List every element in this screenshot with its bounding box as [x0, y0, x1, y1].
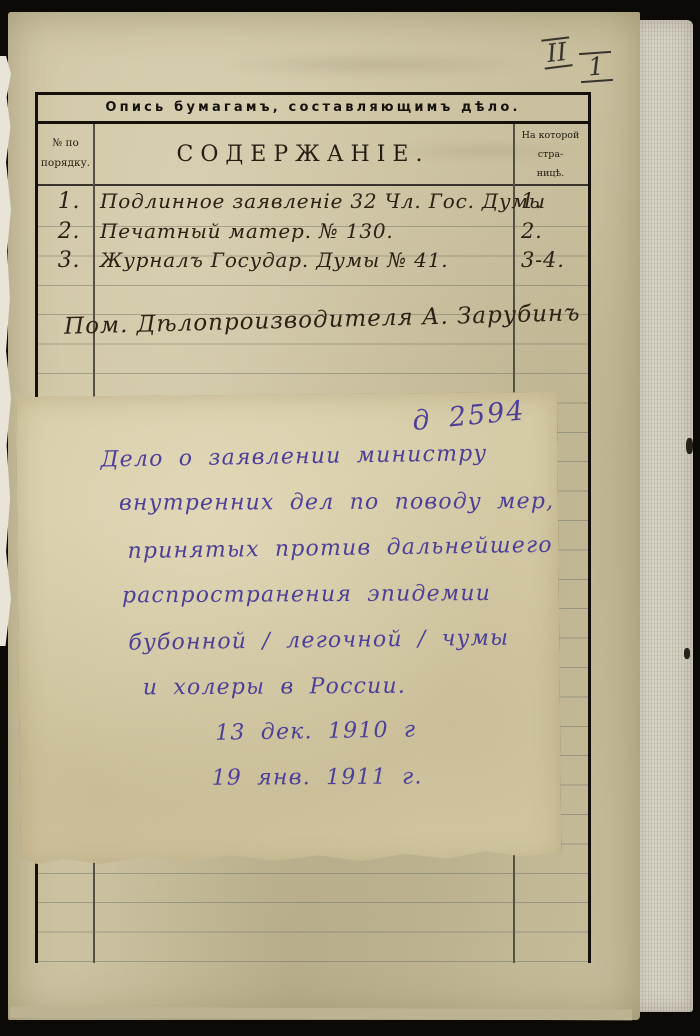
case-number: д 2594: [411, 395, 527, 437]
case-title-line: бубонной / легочной / чумы: [128, 626, 509, 656]
entry-number: 2.: [50, 219, 88, 244]
binding-cloth: [633, 20, 693, 1012]
entry-content: Подлинное заявленіе 32 Чл. Гос. Думы: [100, 189, 512, 213]
entry-content: Журналъ Государ. Думы № 41.: [100, 248, 512, 272]
opis-table-header: № по порядку. СОДЕРЖАНІЕ. На которой стр…: [38, 124, 588, 186]
folio-mark-1: 1: [579, 51, 613, 83]
column-header-number: № по порядку.: [38, 124, 93, 184]
case-title-line: Дело о заявлении министру: [100, 441, 487, 472]
case-title-line: распространения эпидемии: [122, 581, 491, 608]
column-header-page: На которой стра- ницѣ.: [513, 124, 588, 184]
case-cover-card: д 2594 Дело о заявлении министру внутрен…: [16, 392, 561, 868]
archival-scan: II 1 Опись бумагамъ, составляющимъ дѣло.…: [0, 0, 700, 1036]
entry-page: 1.: [521, 189, 543, 213]
entry-content: Печатный матер. № 130.: [100, 219, 512, 243]
case-date-start: 13 дек. 1910 г: [215, 717, 416, 745]
opis-table-title: Опись бумагамъ, составляющимъ дѣло.: [38, 95, 588, 124]
binding-nick: [684, 648, 690, 659]
column-header-number-line2: порядку.: [41, 154, 90, 174]
column-header-page-line1: На которой стра-: [513, 126, 588, 164]
binding-nick: [686, 438, 693, 454]
case-title-line: и холеры в России.: [143, 674, 406, 701]
entry-page: 3-4.: [521, 248, 565, 272]
folio-mark-ii: II: [541, 36, 572, 69]
column-header-content: СОДЕРЖАНІЕ.: [93, 124, 513, 184]
case-title-line: принятых против дальнейшего: [127, 533, 553, 564]
case-title-line: внутренних дел по поводу мер,: [119, 489, 554, 516]
column-header-content-label: СОДЕРЖАНІЕ.: [177, 142, 430, 167]
entry-number: 1.: [50, 189, 88, 214]
case-date-end: 19 янв. 1911 г.: [212, 764, 423, 790]
column-header-page-line2: ницѣ.: [537, 164, 565, 183]
column-header-number-line1: № по: [52, 134, 79, 154]
entry-number: 3.: [50, 248, 88, 273]
entry-page: 2.: [521, 219, 543, 243]
